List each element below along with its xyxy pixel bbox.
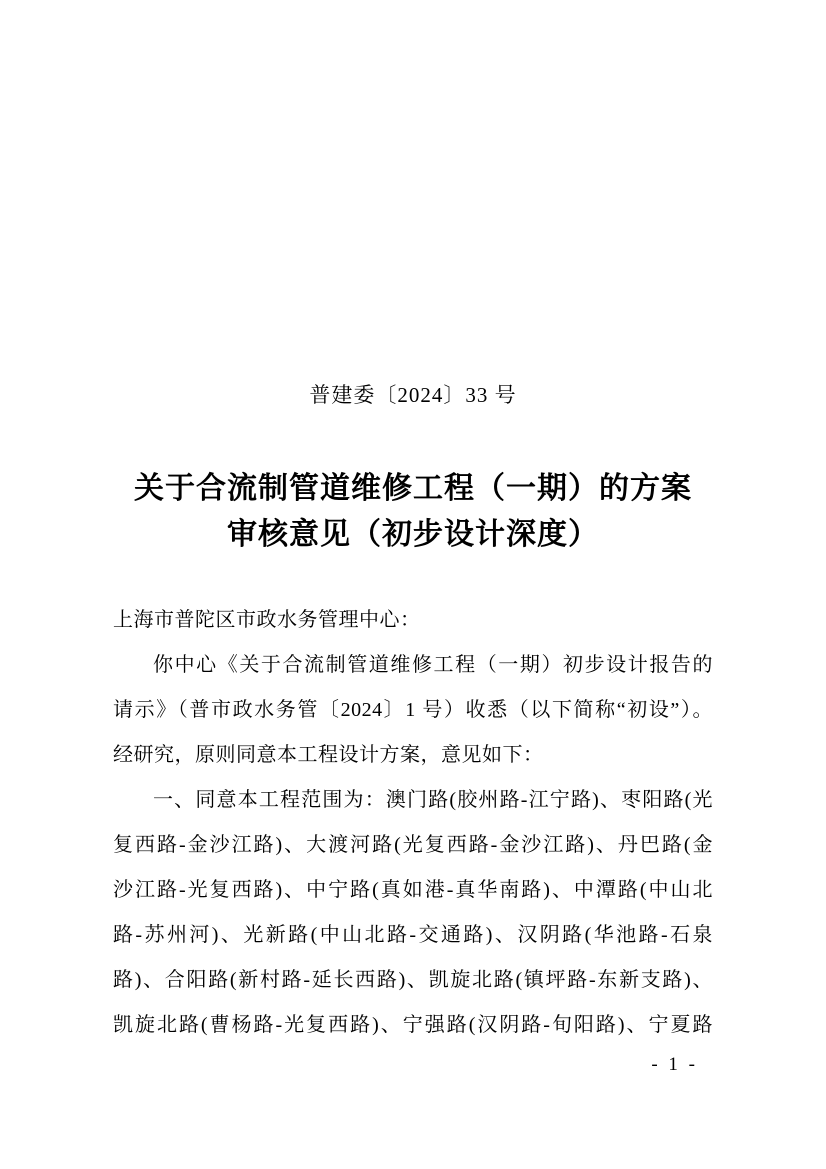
body-line: 经研究，原则同意本工程设计方案，意见如下：	[113, 733, 713, 778]
page-number: - 1 -	[651, 1054, 698, 1076]
addressee-line: 上海市普陀区市政水务管理中心：	[113, 598, 713, 643]
body-line: 沙江路-光复西路)、中宁路(真如港-真华南路)、中潭路(中山北	[113, 868, 713, 913]
body-line: 一、同意本工程范围为：澳门路(胶州路-江宁路)、枣阳路(光	[113, 778, 713, 823]
body-line: 复西路-金沙江路)、大渡河路(光复西路-金沙江路)、丹巴路(金	[113, 823, 713, 868]
document-title: 关于合流制管道维修工程（一期）的方案 审核意见（初步设计深度）	[0, 466, 826, 558]
title-line-1: 关于合流制管道维修工程（一期）的方案	[0, 466, 826, 512]
body-line: 路)、合阳路(新村路-延长西路)、凯旋北路(镇坪路-东新支路)、	[113, 958, 713, 1003]
body-line: 凯旋北路(曹杨路-光复西路)、宁强路(汉阴路-旬阳路)、宁夏路	[113, 1003, 713, 1048]
document-body: 上海市普陀区市政水务管理中心： 你中心《关于合流制管道维修工程（一期）初步设计报…	[113, 598, 713, 1048]
title-line-2: 审核意见（初步设计深度）	[0, 512, 826, 558]
body-line: 你中心《关于合流制管道维修工程（一期）初步设计报告的	[113, 643, 713, 688]
body-line: 路-苏州河)、光新路(中山北路-交通路)、汉阴路(华池路-石泉	[113, 913, 713, 958]
body-line: 请示》（普市政水务管〔2024〕1 号）收悉（以下简称“初设”）。	[113, 688, 713, 733]
document-number: 普建委〔2024〕33 号	[0, 382, 826, 408]
document-page: 普建委〔2024〕33 号 关于合流制管道维修工程（一期）的方案 审核意见（初步…	[0, 0, 826, 1169]
